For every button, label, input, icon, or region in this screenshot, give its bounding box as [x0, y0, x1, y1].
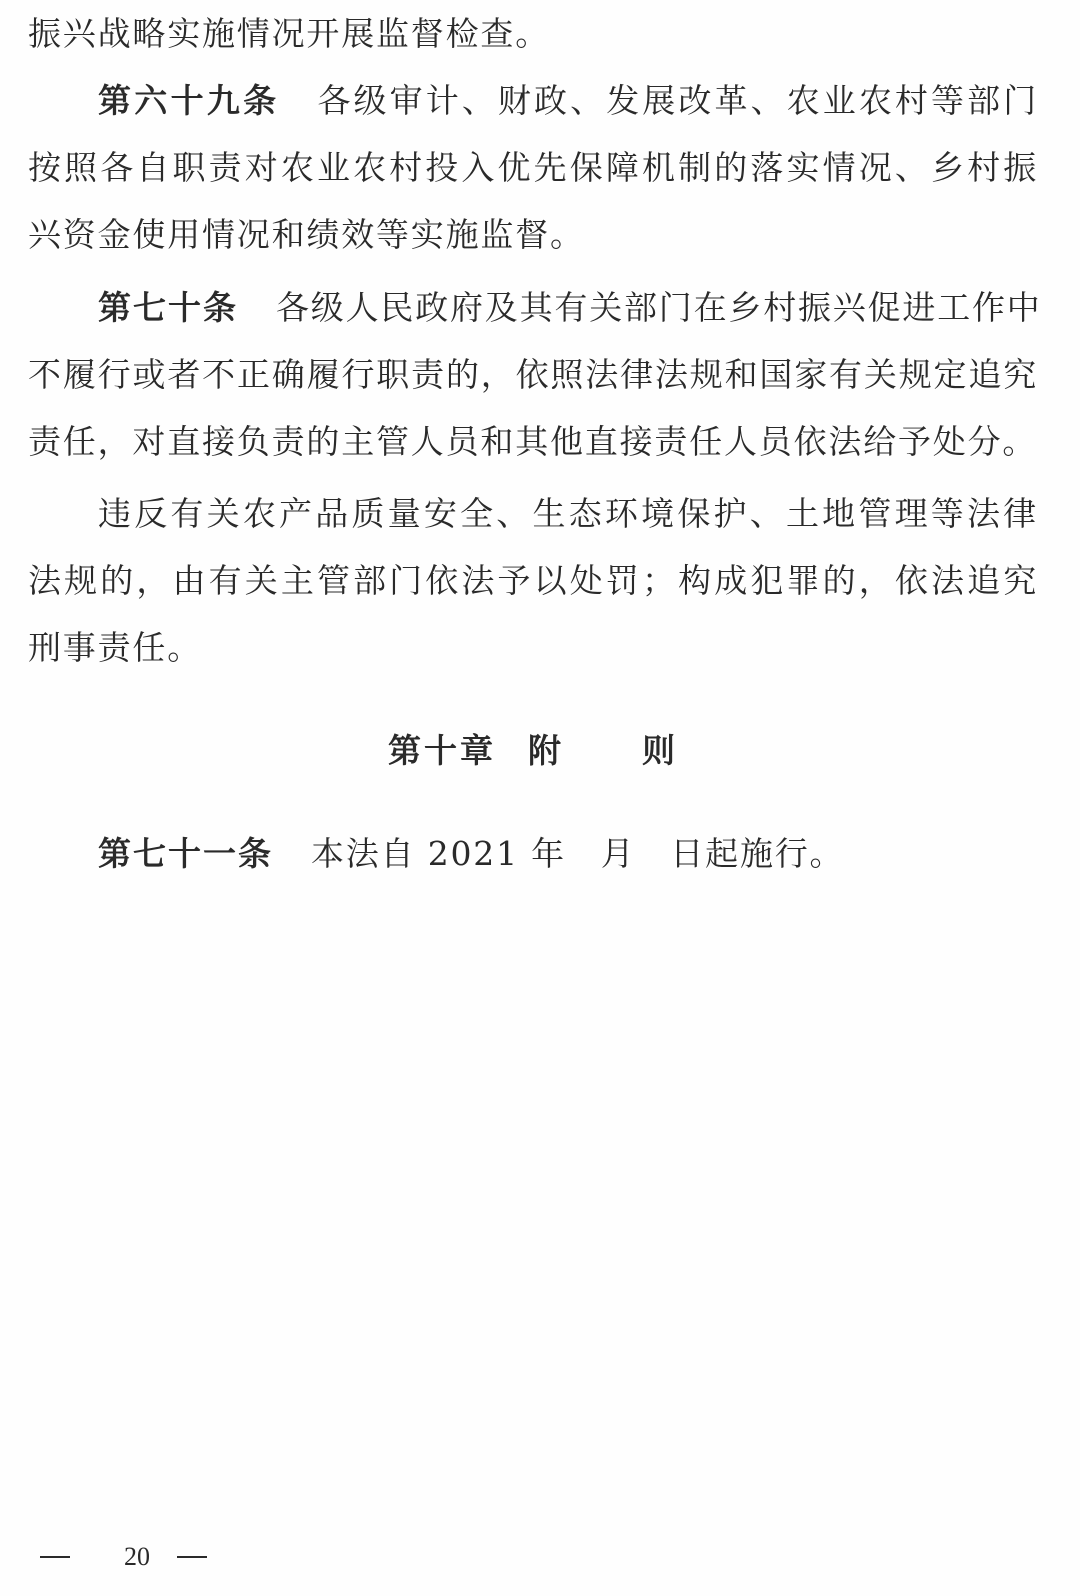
article-69-text-1: 各级审计、财政、发展改革、农业农村等部门	[317, 81, 1038, 120]
article-70-text-1: 各级人民政府及其有关部门在乡村振兴促进工作中	[276, 288, 1042, 327]
article-71-line: 第七十一条本法自 2021 年 月 日起施行。	[98, 834, 1038, 874]
article-70-line-2: 不履行或者不正确履行职责的，依照法律法规和国家有关规定追究	[28, 355, 1038, 395]
page-footer: 20	[40, 1542, 207, 1572]
article-70-line-3: 责任，对直接负责的主管人员和其他直接责任人员依法给予处分。	[28, 422, 1037, 462]
article-69-line-1: 第六十九条各级审计、财政、发展改革、农业农村等部门	[98, 81, 1038, 121]
chapter-number: 第十章	[388, 731, 496, 770]
page-number: 20	[124, 1542, 150, 1572]
article-70-para2-line-3: 刑事责任。	[28, 628, 202, 668]
article-70-title: 第七十条	[98, 288, 238, 327]
chapter-name-part-2: 则	[642, 731, 678, 770]
footer-dash-right	[177, 1556, 207, 1558]
chapter-heading: 第十章附则	[388, 731, 678, 771]
article-71-text: 本法自 2021 年 月 日起施行。	[311, 834, 844, 873]
article-70-para2-line-2: 法规的，由有关主管部门依法予以处罚；构成犯罪的，依法追究	[28, 561, 1038, 601]
article-71-title: 第七十一条	[98, 834, 273, 873]
continuation-line: 振兴战略实施情况开展监督检查。	[28, 14, 550, 54]
article-69-line-2: 按照各自职责对农业农村投入优先保障机制的落实情况、乡村振	[28, 148, 1038, 188]
chapter-name-part-1: 附	[528, 731, 564, 770]
footer-dash-left	[40, 1556, 70, 1558]
article-70-line-1: 第七十条各级人民政府及其有关部门在乡村振兴促进工作中	[98, 288, 1038, 328]
article-69-line-3: 兴资金使用情况和绩效等实施监督。	[28, 215, 585, 255]
article-69-title: 第六十九条	[98, 81, 279, 120]
article-70-para2-line-1: 违反有关农产品质量安全、生态环境保护、土地管理等法律	[98, 494, 1038, 534]
